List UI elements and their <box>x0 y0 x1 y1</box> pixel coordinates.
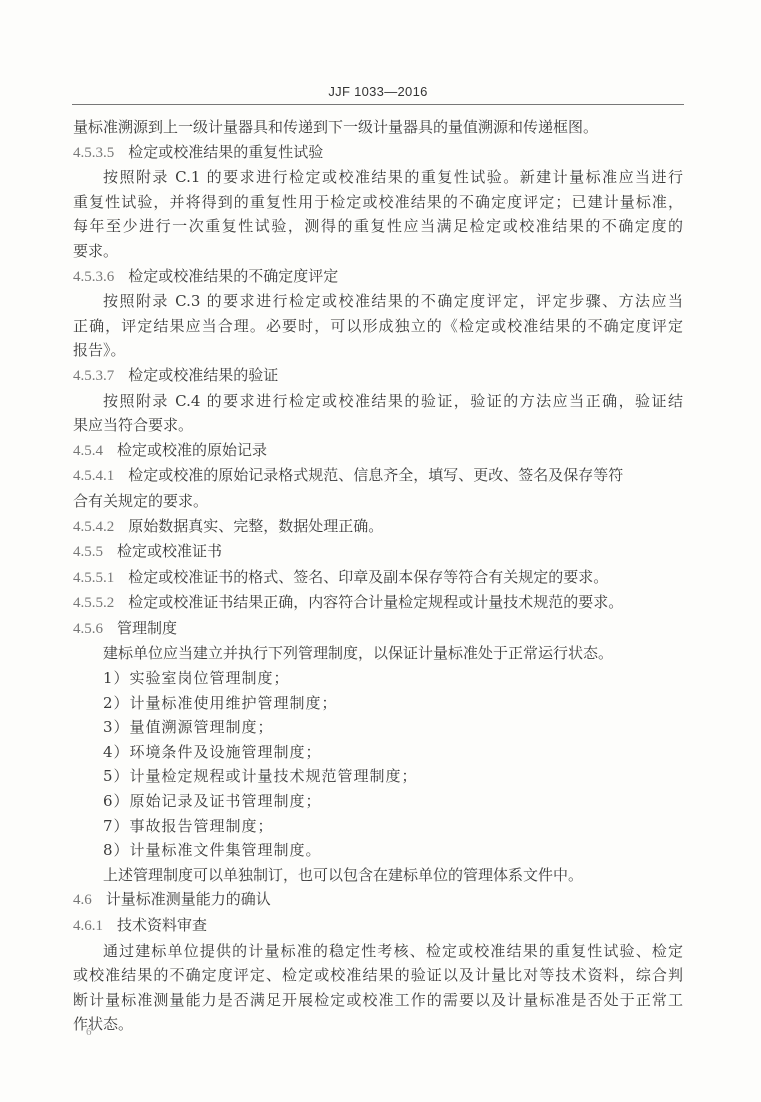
section-number: 4.5.3.7 <box>73 364 114 389</box>
paragraph-line: 量标准溯源到上一级计量器具和传递到下一级计量器具的量值溯源和传递框图。 <box>73 115 683 140</box>
section-number: 4.5.4 <box>73 439 103 464</box>
section-heading-454: 4.5.4检定或校准的原始记录 <box>73 438 683 464</box>
header-rule <box>72 104 684 105</box>
section-heading-4551: 4.5.5.1检定或校准证书的格式、签名、印章及副本保存等符合有关规定的要求。 <box>73 565 683 591</box>
section-number: 4.5.5.2 <box>73 591 114 616</box>
list-item: 8）计量标准文件集管理制度。 <box>73 838 683 863</box>
paragraph-line: 断计量标准测量能力是否满足开展检定或校准工作的需要以及计量标准是否处于正常工 <box>73 988 683 1013</box>
list-item: 5）计量检定规程或计量技术规范管理制度； <box>73 764 683 789</box>
section-number: 4.5.4.2 <box>73 515 114 540</box>
paragraph-line: 每年至少进行一次重复性试验，测得的重复性应当满足检定或校准结果的不确定度的 <box>73 214 683 239</box>
section-heading-456: 4.5.6管理制度 <box>73 616 683 642</box>
section-heading-4537: 4.5.3.7检定或校准结果的验证 <box>73 363 683 389</box>
section-heading-46: 4.6计量标准测量能力的确认 <box>73 887 683 913</box>
section-number: 4.6.1 <box>73 914 103 939</box>
section-heading-461: 4.6.1技术资料审查 <box>73 913 683 939</box>
section-title: 检定或校准的原始记录 <box>117 441 267 459</box>
section-title: 管理制度 <box>117 619 177 637</box>
section-number: 4.5.4.1 <box>73 464 114 489</box>
section-heading-4552: 4.5.5.2检定或校准证书结果正确，内容符合计量检定规程或计量技术规范的要求。 <box>73 590 683 616</box>
list-item: 1）实验室岗位管理制度； <box>73 666 683 691</box>
page-number: 6 <box>86 1026 92 1038</box>
paragraph-line: 作状态。 <box>73 1012 683 1037</box>
paragraph-line: 要求。 <box>73 239 683 264</box>
paragraph-line: 或校准结果的不确定度评定、检定或校准结果的验证以及计量比对等技术资料，综合判 <box>73 963 683 988</box>
section-number: 4.5.5.1 <box>73 566 114 591</box>
paragraph-line: 建标单位应当建立并执行下列管理制度，以保证计量标准处于正常运行状态。 <box>73 641 683 666</box>
list-item: 4）环境条件及设施管理制度； <box>73 740 683 765</box>
section-title: 检定或校准证书结果正确，内容符合计量检定规程或计量技术规范的要求。 <box>128 593 623 611</box>
section-title: 原始数据真实、完整，数据处理正确。 <box>128 517 383 535</box>
section-heading-4542: 4.5.4.2原始数据真实、完整，数据处理正确。 <box>73 514 683 540</box>
section-number: 4.5.5 <box>73 540 103 565</box>
paragraph-line: 正确，评定结果应当合理。必要时，可以形成独立的《检定或校准结果的不确定度评定 <box>73 314 683 339</box>
section-number: 4.5.3.6 <box>73 265 114 290</box>
list-item: 6）原始记录及证书管理制度； <box>73 789 683 814</box>
section-title: 检定或校准结果的重复性试验 <box>128 143 323 161</box>
paragraph-line: 按照附录 C.1 的要求进行检定或校准结果的重复性试验。新建计量标准应当进行 <box>73 165 683 190</box>
section-heading-4536: 4.5.3.6检定或校准结果的不确定度评定 <box>73 264 683 290</box>
page-body: 量标准溯源到上一级计量器具和传递到下一级计量器具的量值溯源和传递框图。 4.5.… <box>73 115 683 1037</box>
section-title: 检定或校准的原始记录格式规范、信息齐全，填写、更改、签名及保存等符 <box>128 466 623 484</box>
section-number: 4.5.6 <box>73 617 103 642</box>
paragraph-line: 上述管理制度可以单独制订，也可以包含在建标单位的管理体系文件中。 <box>73 863 683 888</box>
document-header: JJF 1033—2016 <box>72 84 684 99</box>
section-number: 4.5.3.5 <box>73 141 114 166</box>
list-item: 3）量值溯源管理制度； <box>73 715 683 740</box>
section-title: 检定或校准结果的验证 <box>128 366 278 384</box>
section-heading-4535: 4.5.3.5检定或校准结果的重复性试验 <box>73 140 683 166</box>
section-title: 检定或校准结果的不确定度评定 <box>128 267 338 285</box>
paragraph-line: 通过建标单位提供的计量标准的稳定性考核、检定或校准结果的重复性试验、检定 <box>73 939 683 964</box>
paragraph-line: 按照附录 C.4 的要求进行检定或校准结果的验证，验证的方法应当正确，验证结 <box>73 389 683 414</box>
paragraph-line: 合有关规定的要求。 <box>73 489 683 514</box>
section-title: 检定或校准证书 <box>117 542 222 560</box>
section-title: 计量标准测量能力的确认 <box>106 890 271 908</box>
paragraph-line: 重复性试验，并将得到的重复性用于检定或校准结果的不确定度评定；已建计量标准， <box>73 190 683 215</box>
section-title: 检定或校准证书的格式、签名、印章及副本保存等符合有关规定的要求。 <box>128 568 608 586</box>
section-heading-455: 4.5.5检定或校准证书 <box>73 539 683 565</box>
paragraph-line: 果应当符合要求。 <box>73 413 683 438</box>
list-item: 7）事故报告管理制度； <box>73 814 683 839</box>
paragraph-line: 报告》。 <box>73 338 683 363</box>
list-item: 2）计量标准使用维护管理制度； <box>73 691 683 716</box>
section-title: 技术资料审查 <box>117 916 207 934</box>
section-number: 4.6 <box>73 888 92 913</box>
paragraph-line: 按照附录 C.3 的要求进行检定或校准结果的不确定度评定，评定步骤、方法应当 <box>73 289 683 314</box>
section-heading-4541: 4.5.4.1检定或校准的原始记录格式规范、信息齐全，填写、更改、签名及保存等符 <box>73 463 683 489</box>
